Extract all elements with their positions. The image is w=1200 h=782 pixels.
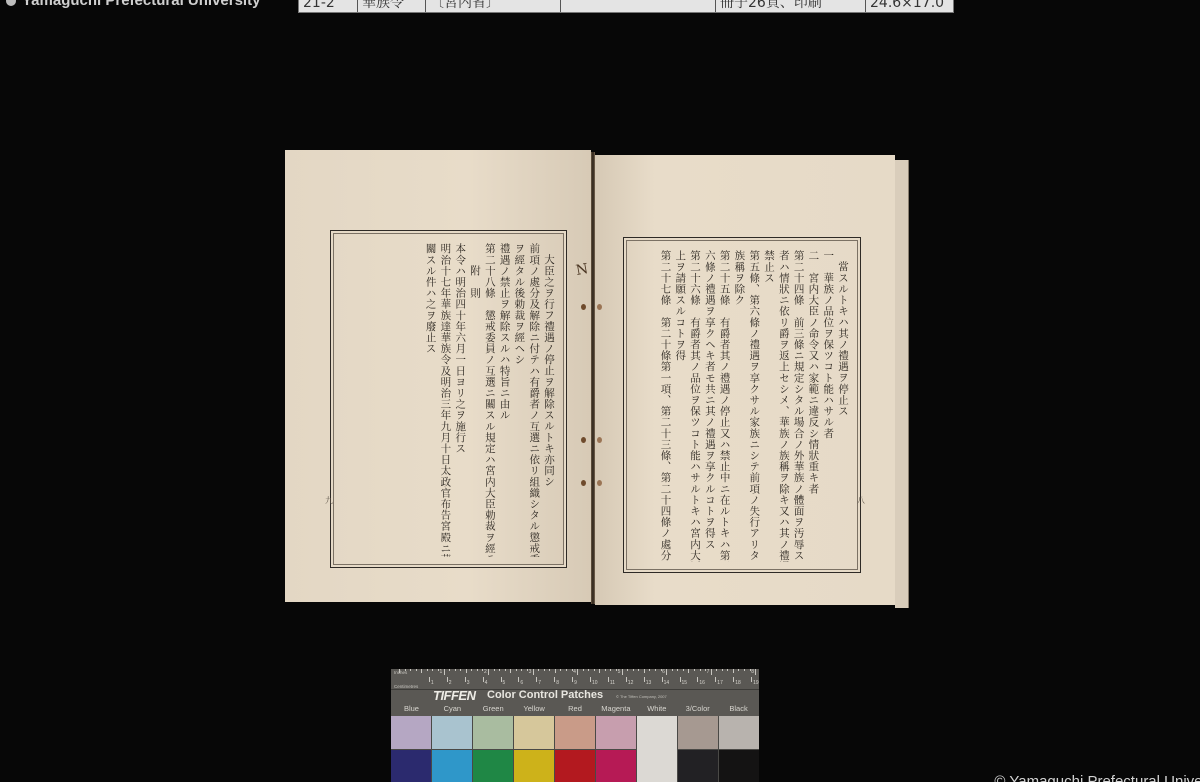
ruler-tick	[755, 669, 756, 675]
ruler-minor-tick	[421, 669, 422, 673]
ruler-minor-tick	[638, 669, 639, 671]
binding-hole	[597, 480, 602, 486]
ruler-minor-tick	[661, 669, 662, 671]
color-patch-light	[432, 716, 472, 749]
ruler-tick	[590, 677, 591, 682]
ruler-minor-tick	[627, 669, 628, 671]
watermark-bottom: © Yamaguchi Prefectural University	[994, 773, 1200, 782]
color-patch-light	[678, 716, 718, 749]
ruler-minor-tick	[482, 669, 483, 671]
ruler-minor-tick	[572, 669, 573, 671]
ruler-minor-tick	[521, 669, 522, 671]
text-column: 第五條、第六條ノ禮遇ヲ享クサル家族ニシテ前項ノ失行アリタル者ハ華族ノ	[746, 250, 761, 562]
ruler-tick	[751, 677, 752, 682]
right-text-frame: 當スルトキハ其ノ禮遇ヲ停止ス一 華族ノ品位ヲ保ツコト能ハサル者二 宮内大臣ノ命令…	[623, 237, 861, 573]
ruler-minor-tick	[499, 669, 500, 671]
ruler-tick	[518, 677, 519, 682]
ruler-minor-tick	[727, 669, 728, 671]
ruler-minor-tick	[722, 669, 723, 671]
ruler-minor-tick	[583, 669, 584, 671]
color-patch-dark	[596, 750, 636, 782]
binding-hole	[581, 304, 586, 310]
ruler-tick	[626, 677, 627, 682]
patch-label: 3/Color	[677, 704, 718, 715]
text-column: ヲ經タル後勅裁ヲ經ヘシ	[512, 243, 527, 557]
text-column: 本令ハ明治四十年六月一日ヨリ之ヲ施行ス	[452, 243, 467, 557]
ruler-minor-tick	[683, 669, 684, 671]
ruler-minor-tick	[471, 669, 472, 671]
ruler-tick	[680, 677, 681, 682]
patch-label: Yellow	[514, 704, 555, 715]
ruler-minor-tick	[410, 669, 411, 671]
patch-label: Magenta	[595, 704, 636, 715]
ruler-inch-number: 6	[662, 669, 665, 675]
binding-hole	[581, 437, 586, 443]
metadata-cell: 〔宮内省〕	[426, 0, 561, 12]
color-patch-light	[596, 716, 636, 749]
ruler-minor-tick	[538, 669, 539, 671]
binding-hole	[581, 480, 586, 486]
ruler-cm-number: 3	[467, 680, 470, 686]
ruler-tick	[465, 677, 466, 682]
ruler-inch-number: 4	[573, 669, 576, 675]
ruler-minor-tick	[488, 669, 489, 673]
ruler-cm-number: 18	[735, 680, 741, 686]
ruler-minor-tick	[505, 669, 506, 671]
watermark-top: Yamaguchi Prefectural University	[0, 0, 260, 9]
ruler-minor-tick	[688, 669, 689, 673]
text-column: 禮遇ノ禁止ヲ解除スルハ特旨ニ由ル	[497, 243, 512, 557]
ruler-tick	[662, 677, 663, 682]
ruler-minor-tick	[399, 669, 400, 673]
text-column: 一 華族ノ品位ヲ保ツコト能ハサル者	[820, 250, 835, 562]
text-column: 者ハ情狀ニ依リ爵ヲ返上セシメ、華族ノ族稱ヲ除キ又ハ其ノ禮遇ヲ停止若ハ	[776, 250, 791, 562]
text-column: 六條ノ禮遇ヲ享クヘキ者モ共ニ其ノ禮遇ヲ享クルコトヲ得ス	[702, 250, 717, 562]
page-stack-edge	[895, 160, 909, 608]
ruler-minor-tick	[750, 669, 751, 671]
ruler-tick	[554, 677, 555, 682]
right-page: 當スルトキハ其ノ禮遇ヲ停止ス一 華族ノ品位ヲ保ツコト能ハサル者二 宮内大臣ノ命令…	[595, 155, 895, 605]
ruler-minor-tick	[649, 669, 650, 671]
color-patch-dark	[514, 750, 554, 782]
ruler-inch-number: 3	[529, 669, 532, 675]
ruler-minor-tick	[555, 669, 556, 673]
ruler-minor-tick	[599, 669, 600, 673]
ruler-minor-tick	[711, 669, 712, 673]
ruler-minor-tick	[438, 669, 439, 671]
left-page-number: 九	[325, 495, 333, 506]
ruler-cm-number: 10	[592, 680, 598, 686]
tiffen-logo: TIFFEN	[433, 688, 476, 703]
text-column: 禁止ス	[761, 250, 776, 562]
target-copyright: © The Tiffen Company, 2007	[616, 694, 667, 699]
ruler-tick	[483, 677, 484, 682]
ruler-tick	[536, 677, 537, 682]
ruler-minor-tick	[560, 669, 561, 671]
metadata-cell: 21-2	[299, 0, 358, 12]
text-column: 族稱ヲ除ク	[732, 250, 747, 562]
ruler-minor-tick	[622, 669, 623, 673]
ruler-tick	[608, 677, 609, 682]
ruler-cm-number: 9	[574, 680, 577, 686]
ruler-minor-tick	[610, 669, 611, 671]
measurement-ruler: Inches Centimetres 123456781234567891011…	[391, 669, 759, 690]
binding-thread-mark: N	[575, 261, 590, 279]
ruler-inch-number: 1	[440, 669, 443, 675]
ruler-minor-tick	[477, 669, 478, 671]
ruler-minor-tick	[444, 669, 445, 673]
ruler-minor-tick	[672, 669, 673, 671]
ruler-minor-tick	[427, 669, 428, 671]
patch-labels: BlueCyanGreenYellowRedMagentaWhite3/Colo…	[391, 704, 759, 715]
ruler-tick	[447, 677, 448, 682]
ruler-minor-tick	[705, 669, 706, 671]
ruler-tick	[429, 677, 430, 682]
ruler-cm-number: 17	[717, 680, 723, 686]
ruler-minor-tick	[677, 669, 678, 671]
ruler-inch-number: 7	[707, 669, 710, 675]
text-column: 第二十四條 前三條ニ規定シタル場合ノ外華族ノ體面ヲ汚辱スル失行アリタル	[791, 250, 806, 562]
color-patch-light	[391, 716, 431, 749]
ruler-minor-tick	[733, 669, 734, 673]
ruler-minor-tick	[605, 669, 606, 671]
text-column: 關スル件ハ之ヲ廢止ス	[423, 243, 438, 557]
ruler-cm-number: 19	[753, 680, 759, 686]
color-patch-light	[473, 716, 513, 749]
watermark-text: Yamaguchi Prefectural University	[22, 0, 260, 9]
color-patch-light	[719, 716, 759, 749]
ruler-cm-number: 1	[431, 680, 434, 686]
ruler-minor-tick	[566, 669, 567, 671]
metadata-cell: 24.6×17.0	[866, 0, 953, 12]
metadata-cell: 冊子26頁、印刷	[716, 0, 866, 12]
ruler-inch-number: 2	[484, 669, 487, 675]
ruler-cm-number: 11	[610, 680, 615, 686]
text-column: 當スルトキハ其ノ禮遇ヲ停止ス	[835, 250, 850, 562]
color-control-target: Inches Centimetres 123456781234567891011…	[391, 669, 759, 782]
patch-label: White	[636, 704, 677, 715]
binding-hole	[597, 304, 602, 310]
ruler-minor-tick	[466, 669, 467, 673]
binding-hole	[597, 437, 602, 443]
ruler-minor-tick	[694, 669, 695, 671]
ruler-minor-tick	[533, 669, 534, 673]
text-column: 附 則	[467, 243, 482, 557]
target-header: TIFFEN Color Control Patches © The Tiffe…	[391, 688, 759, 703]
color-patch-light	[555, 716, 595, 749]
ruler-minor-tick	[655, 669, 656, 671]
ruler-cm-number: 14	[664, 680, 670, 686]
ruler-minor-tick	[544, 669, 545, 671]
ruler-cm-number: 5	[503, 680, 506, 686]
ruler-inch-number: 8	[751, 669, 754, 675]
color-patch-dark	[719, 750, 759, 782]
ruler-minor-tick	[738, 669, 739, 671]
ruler-minor-tick	[588, 669, 589, 671]
color-patch-dark	[678, 750, 718, 782]
ruler-cm-number: 15	[682, 680, 688, 686]
ruler-cm-number: 4	[485, 680, 488, 686]
color-patch-light	[514, 716, 554, 749]
ruler-cm-number: 13	[646, 680, 652, 686]
left-page: 大臣之ヲ行フ禮遇ノ停止ヲ解除スルトキ亦同シ前項ノ處分及解除ニ付テハ有爵者ノ互選ニ…	[285, 150, 591, 602]
ruler-minor-tick	[577, 669, 578, 673]
text-column: 大臣之ヲ行フ禮遇ノ停止ヲ解除スルトキ亦同シ	[541, 243, 556, 557]
ruler-minor-tick	[716, 669, 717, 671]
ruler-tick	[733, 677, 734, 682]
color-patch-dark	[432, 750, 472, 782]
ruler-minor-tick	[432, 669, 433, 671]
metadata-cell: 華族令	[358, 0, 426, 12]
left-page-text: 大臣之ヲ行フ禮遇ノ停止ヲ解除スルトキ亦同シ前項ノ處分及解除ニ付テハ有爵者ノ互選ニ…	[423, 243, 556, 557]
ruler-minor-tick	[744, 669, 745, 671]
ruler-minor-tick	[633, 669, 634, 671]
color-patch-light	[637, 716, 677, 782]
text-column: 上ヲ請願スルコトヲ得	[672, 250, 687, 562]
ruler-tick	[501, 677, 502, 682]
ruler-minor-tick	[549, 669, 550, 671]
patch-label: Red	[555, 704, 596, 715]
ruler-cm-number: 7	[538, 680, 541, 686]
text-column: 前項ノ處分及解除ニ付テハ有爵者ノ互選ニ依リ組織シタル懲戒委員會ノ決議	[526, 243, 541, 557]
ruler-inch-number: 5	[618, 669, 621, 675]
patch-label: Blue	[391, 704, 432, 715]
ruler-cm-number: 16	[699, 680, 705, 686]
logo-icon	[6, 0, 16, 6]
ruler-minor-tick	[460, 669, 461, 671]
ruler-tick	[715, 677, 716, 682]
color-patch-dark	[391, 750, 431, 782]
ruler-minor-tick	[700, 669, 701, 671]
color-patch-dark	[555, 750, 595, 782]
ruler-cm-number: 6	[520, 680, 523, 686]
ruler-minor-tick	[644, 669, 645, 673]
ruler-minor-tick	[666, 669, 667, 673]
patch-label: Cyan	[432, 704, 473, 715]
patch-label: Black	[718, 704, 759, 715]
ruler-minor-tick	[510, 669, 511, 673]
target-title: Color Control Patches	[487, 689, 603, 701]
ruler-cm-number: 12	[628, 680, 634, 686]
text-column: 第二十八條 懲戒委員ノ互選ニ關スル規定ハ宮内大臣勅裁ヲ經テ之ヲ定ム	[482, 243, 497, 557]
text-column: 第二十七條 第二十條第一項、第二十三條、第二十四條ノ處分ハ勅裁ヲ經テ宮内	[658, 250, 673, 562]
patch-label: Green	[473, 704, 514, 715]
left-text-frame: 大臣之ヲ行フ禮遇ノ停止ヲ解除スルトキ亦同シ前項ノ處分及解除ニ付テハ有爵者ノ互選ニ…	[330, 230, 567, 568]
record-metadata-table: 21-2華族令〔宮内省〕冊子26頁、印刷24.6×17.0	[298, 0, 954, 13]
ruler-cm-number: 2	[449, 680, 452, 686]
ruler-tick	[697, 677, 698, 682]
right-page-number: 八	[857, 495, 865, 506]
ruler-minor-tick	[455, 669, 456, 671]
ruler-minor-tick	[516, 669, 517, 671]
right-page-text: 當スルトキハ其ノ禮遇ヲ停止ス一 華族ノ品位ヲ保ツコト能ハサル者二 宮内大臣ノ命令…	[658, 250, 850, 562]
ruler-minor-tick	[494, 669, 495, 671]
color-patches	[391, 716, 759, 782]
ruler-minor-tick	[449, 669, 450, 671]
metadata-cell	[561, 0, 716, 12]
text-column: 明治十七年華族達華族令及明治三年九月十日太政官布告宮殿ニ華族家人職員ニ	[438, 243, 453, 557]
ruler-minor-tick	[416, 669, 417, 671]
color-patch-dark	[473, 750, 513, 782]
open-booklet: 大臣之ヲ行フ禮遇ノ停止ヲ解除スルトキ亦同シ前項ノ處分及解除ニ付テハ有爵者ノ互選ニ…	[285, 150, 905, 605]
text-column: 第二十六條 有爵者其ノ品位ヲ保ツコト能ハサルトキハ宮内大臣ヲ經テ爵ノ返	[687, 250, 702, 562]
ruler-minor-tick	[405, 669, 406, 671]
text-column: 二 宮内大臣ノ命令又ハ家範ニ違反シ情狀重キ者	[806, 250, 821, 562]
text-column: 第二十五條 有爵者其ノ禮遇ノ停止又ハ禁止中ニ在ルトキハ第五條第一項、第	[717, 250, 732, 562]
ruler-tick	[572, 677, 573, 682]
ruler-tick	[644, 677, 645, 682]
ruler-minor-tick	[616, 669, 617, 671]
ruler-minor-tick	[527, 669, 528, 671]
ruler-cm-number: 8	[556, 680, 559, 686]
ruler-minor-tick	[594, 669, 595, 671]
